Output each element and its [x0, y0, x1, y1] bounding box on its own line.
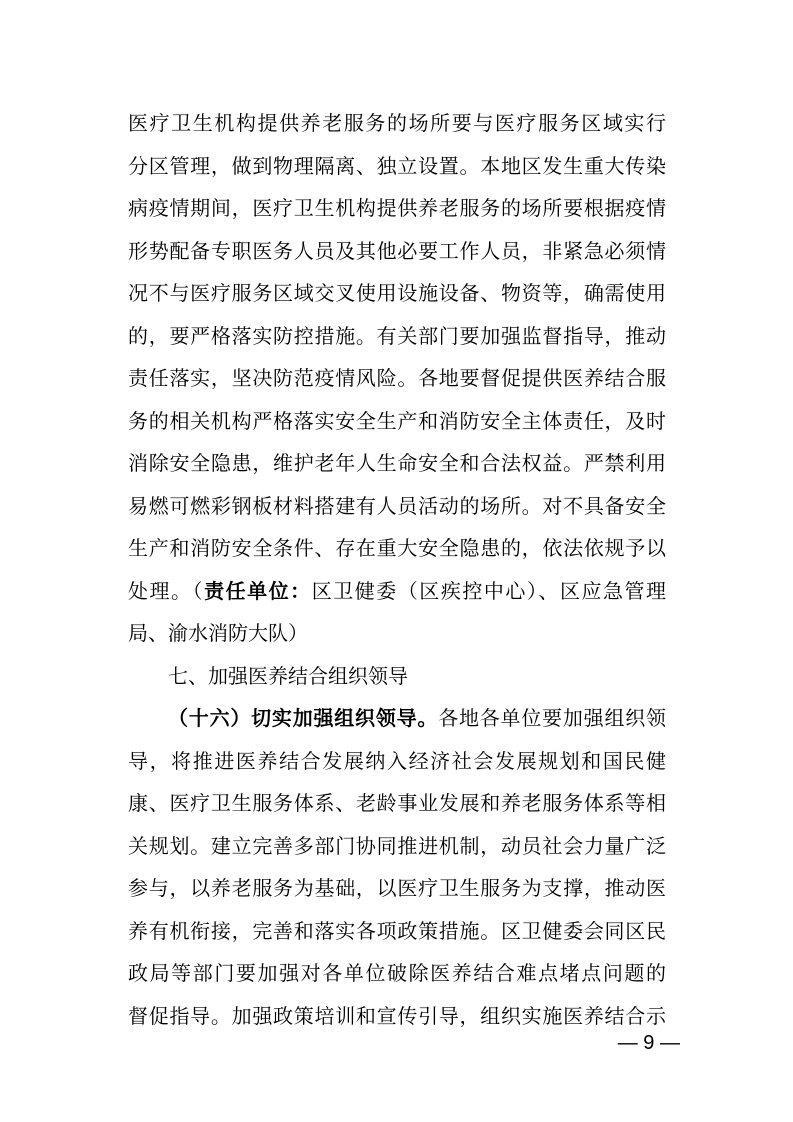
responsible-unit-label: 责任单位： [204, 581, 312, 603]
text-line: 务的相关机构严格落实安全生产和消防安全主体责任，及时 [128, 401, 666, 444]
text-line: 分区管理，做到物理隔离、独立设置。本地区发生重大传染 [128, 146, 666, 189]
document-page: 医疗卫生机构提供养老服务的场所要与医疗服务区域实行 分区管理，做到物理隔离、独立… [0, 0, 793, 1122]
text-line: 消除安全隐患，维护老年人生命安全和合法权益。严禁利用 [128, 443, 666, 486]
text-line: 关规划。建立完善多部门协同推进机制，动员社会力量广泛 [128, 826, 666, 869]
text-line: 况不与医疗服务区域交叉使用设施设备、物资等，确需使用 [128, 273, 666, 316]
text-line: 生产和消防安全条件、存在重大安全隐患的，依法依规予以 [128, 528, 666, 571]
text-line: 局、渝水消防大队） [128, 613, 666, 656]
text-line: 康、医疗卫生服务体系、老龄事业发展和养老服务体系等相 [128, 783, 666, 826]
page-footer: — 9 — [618, 1031, 680, 1055]
text-line: 处理。（责任单位：区卫健委（区疾控中心）、区应急管理 [128, 571, 666, 614]
text-line: 医疗卫生机构提供养老服务的场所要与医疗服务区域实行 [128, 103, 666, 146]
text-line: 养有机衔接，完善和落实各项政策措施。区卫健委会同区民 [128, 911, 666, 954]
text-run: 各地各单位要加强组织领 [438, 708, 666, 730]
text-line: 病疫情期间，医疗卫生机构提供养老服务的场所要根据疫情 [128, 188, 666, 231]
text-line: 参与，以养老服务为基础，以医疗卫生服务为支撑，推动医 [128, 868, 666, 911]
text-run: 区卫健委（区疾控中心）、区应急管理 [312, 581, 666, 603]
page-number: — 9 — [618, 1032, 680, 1054]
text-line: 导，将推进医养结合发展纳入经济社会发展规划和国民健 [128, 741, 666, 784]
clause-title: （十六）切实加强组织领导。 [168, 708, 438, 730]
text-line: 形势配备专职医务人员及其他必要工作人员，非紧急必须情 [128, 231, 666, 274]
text-line: 的，要严格落实防控措施。有关部门要加强监督指导，推动 [128, 316, 666, 359]
text-line: 易燃可燃彩钢板材料搭建有人员活动的场所。对不具备安全 [128, 486, 666, 529]
text-line: 责任落实，坚决防范疫情风险。各地要督促提供医养结合服 [128, 358, 666, 401]
text-run: 处理。（ [128, 581, 204, 603]
section-heading: 七、加强医养结合组织领导 [128, 656, 666, 699]
document-body: 医疗卫生机构提供养老服务的场所要与医疗服务区域实行 分区管理，做到物理隔离、独立… [128, 103, 666, 1038]
text-line: 政局等部门要加强对各单位破除医养结合难点堵点问题的 [128, 953, 666, 996]
text-line: （十六）切实加强组织领导。各地各单位要加强组织领 [128, 698, 666, 741]
text-line: 督促指导。加强政策培训和宣传引导，组织实施医养结合示 [128, 996, 666, 1039]
